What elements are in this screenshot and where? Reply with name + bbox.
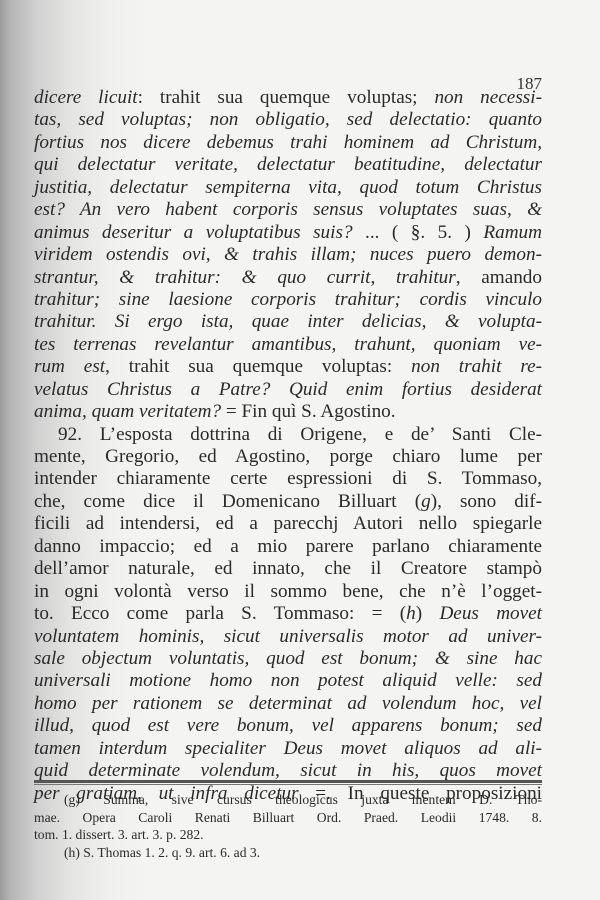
text-line: justitia, delectatur sempiterna vita, qu… <box>34 177 542 199</box>
text-line: mente, Gregorio, ed Agostino, porge chia… <box>34 446 542 468</box>
italic-text-segment: anima, quam veritatem? <box>34 401 226 422</box>
text-line: trahitur. Si ergo ista, quae inter delic… <box>34 311 542 333</box>
text-line: danno impaccio; ed a mio parere parlano … <box>34 536 542 558</box>
italic-text-segment: trahitur; sine laesione corporis trahitu… <box>34 289 542 310</box>
italic-text-segment: h <box>406 603 416 624</box>
italic-text-segment: velatus Christus a Patre? Quid enim fort… <box>34 379 542 400</box>
text-segment: in ogni volontà verso il sommo bene, che… <box>34 581 542 602</box>
text-line: voluntatem hominis, sicut universalis mo… <box>34 626 542 648</box>
footnote-separator-rule <box>34 780 542 785</box>
text-line: sale objectum voluntatis, quod est bonum… <box>34 648 542 670</box>
text-segment: che, come dice il Domenicano Billuart ( <box>34 491 421 512</box>
text-line: strantur, & trahitur: & quo currit, trah… <box>34 267 542 289</box>
footnote: (g) Summa, sive cursus theologicus juxta… <box>34 791 542 844</box>
italic-text-segment: est? An vero habent corporis sensus volu… <box>34 199 542 220</box>
footnote-line: (h) S. Thomas 1. 2. q. 9. art. 6. ad 3. <box>34 844 542 862</box>
italic-text-segment: strantur, & trahitur: & quo currit, trah… <box>34 267 456 288</box>
italic-text-segment: trahitur. Si ergo ista, quae inter delic… <box>34 311 542 332</box>
book-page: 187 dicere licuit: trahit sua quemque vo… <box>34 0 542 900</box>
text-line: anima, quam veritatem? = Fin quì S. Agos… <box>34 401 542 423</box>
text-line: in ogni volontà verso il sommo bene, che… <box>34 581 542 603</box>
italic-text-segment: tes terrenas revelantur amantibus, trahu… <box>34 334 542 355</box>
text-line: dicere licuit: trahit sua quemque volupt… <box>34 87 542 109</box>
text-segment: dell’amor naturale, ed innato, che il Cr… <box>34 558 542 579</box>
text-segment: intender chiaramente certe espressioni d… <box>34 468 542 489</box>
italic-text-segment: quid determinate volendum, sicut in his,… <box>34 760 542 781</box>
italic-text-segment: voluntatem hominis, sicut universalis mo… <box>34 626 542 647</box>
italic-text-segment: illud, quod est vere bonum, vel apparens… <box>34 715 542 736</box>
text-line: viridem ostendis ovi, & trahis illam; nu… <box>34 244 542 266</box>
italic-text-segment: animus deseritur a voluptatibus suis? <box>34 222 365 243</box>
text-line: velatus Christus a Patre? Quid enim fort… <box>34 379 542 401</box>
text-line: qui delectatur veritate, delectatur beat… <box>34 154 542 176</box>
text-segment: , trahit sua quemque voluptas: <box>105 356 411 377</box>
text-line: fortius nos dicere debemus trahi hominem… <box>34 132 542 154</box>
footnote-line: mae. Opera Caroli Renati Billuart Ord. P… <box>34 809 542 827</box>
text-segment: 92. L’esposta dottrina di Origene, e de’… <box>58 424 542 445</box>
italic-text-segment: fortius nos dicere debemus trahi hominem… <box>34 132 542 153</box>
italic-text-segment: g <box>421 491 431 512</box>
italic-text-segment: dicere licuit <box>34 87 138 108</box>
footnote-line: (g) Summa, sive cursus theologicus juxta… <box>34 791 542 809</box>
text-line: tamen interdum specialiter Deus movet al… <box>34 738 542 760</box>
italic-text-segment: tas, sed voluptas; non obligatio, sed de… <box>34 109 542 130</box>
italic-text-segment: Deus movet <box>439 603 542 624</box>
text-line: to. Ecco come parla S. Tommaso: = (h) De… <box>34 603 542 625</box>
text-line: intender chiaramente certe espressioni d… <box>34 468 542 490</box>
italic-text-segment: non necessi- <box>434 87 542 108</box>
text-segment: ficili ad intendersi, ed a parecchj Auto… <box>34 513 542 534</box>
text-segment: ... ( §. 5. ) <box>365 222 483 243</box>
body-text: dicere licuit: trahit sua quemque volupt… <box>34 87 542 805</box>
footnotes: (g) Summa, sive cursus theologicus juxta… <box>34 791 542 861</box>
italic-text-segment: viridem ostendis ovi, & trahis illam; nu… <box>34 244 542 265</box>
text-line: che, come dice il Domenicano Billuart (g… <box>34 491 542 513</box>
text-line: tes terrenas revelantur amantibus, trahu… <box>34 334 542 356</box>
footnote: (h) S. Thomas 1. 2. q. 9. art. 6. ad 3. <box>34 844 542 862</box>
text-line: animus deseritur a voluptatibus suis? ..… <box>34 222 542 244</box>
italic-text-segment: universali motione homo non potest aliqu… <box>34 670 542 691</box>
italic-text-segment: homo per rationem se determinat ad volen… <box>34 693 542 714</box>
text-line: rum est, trahit sua quemque voluptas: no… <box>34 356 542 378</box>
text-segment: mente, Gregorio, ed Agostino, porge chia… <box>34 446 542 467</box>
text-line: trahitur; sine laesione corporis trahitu… <box>34 289 542 311</box>
italic-text-segment: Ramum <box>483 222 542 243</box>
text-segment: danno impaccio; ed a mio parere parlano … <box>34 536 542 557</box>
text-line: universali motione homo non potest aliqu… <box>34 670 542 692</box>
text-line: est? An vero habent corporis sensus volu… <box>34 199 542 221</box>
italic-text-segment: qui delectatur veritate, delectatur beat… <box>34 154 542 175</box>
footnote-line: tom. 1. dissert. 3. art. 3. p. 282. <box>34 826 542 844</box>
italic-text-segment: rum est <box>34 356 105 377</box>
text-segment: , amando <box>456 267 542 288</box>
text-line: illud, quod est vere bonum, vel apparens… <box>34 715 542 737</box>
text-segment: ), sono dif- <box>431 491 542 512</box>
text-line: dell’amor naturale, ed innato, che il Cr… <box>34 558 542 580</box>
text-segment: to. Ecco come parla S. Tommaso: = ( <box>34 603 406 624</box>
text-segment: ) <box>416 603 440 624</box>
text-segment: : trahit sua quemque voluptas; <box>138 87 435 108</box>
italic-text-segment: non trahit re- <box>411 356 542 377</box>
text-line: 92. L’esposta dottrina di Origene, e de’… <box>34 424 542 446</box>
italic-text-segment: tamen interdum specialiter Deus movet al… <box>34 738 542 759</box>
text-line: homo per rationem se determinat ad volen… <box>34 693 542 715</box>
italic-text-segment: justitia, delectatur sempiterna vita, qu… <box>34 177 542 198</box>
text-segment: = Fin quì S. Agostino. <box>226 401 396 422</box>
text-line: ficili ad intendersi, ed a parecchj Auto… <box>34 513 542 535</box>
italic-text-segment: sale objectum voluntatis, quod est bonum… <box>34 648 542 669</box>
text-line: tas, sed voluptas; non obligatio, sed de… <box>34 109 542 131</box>
